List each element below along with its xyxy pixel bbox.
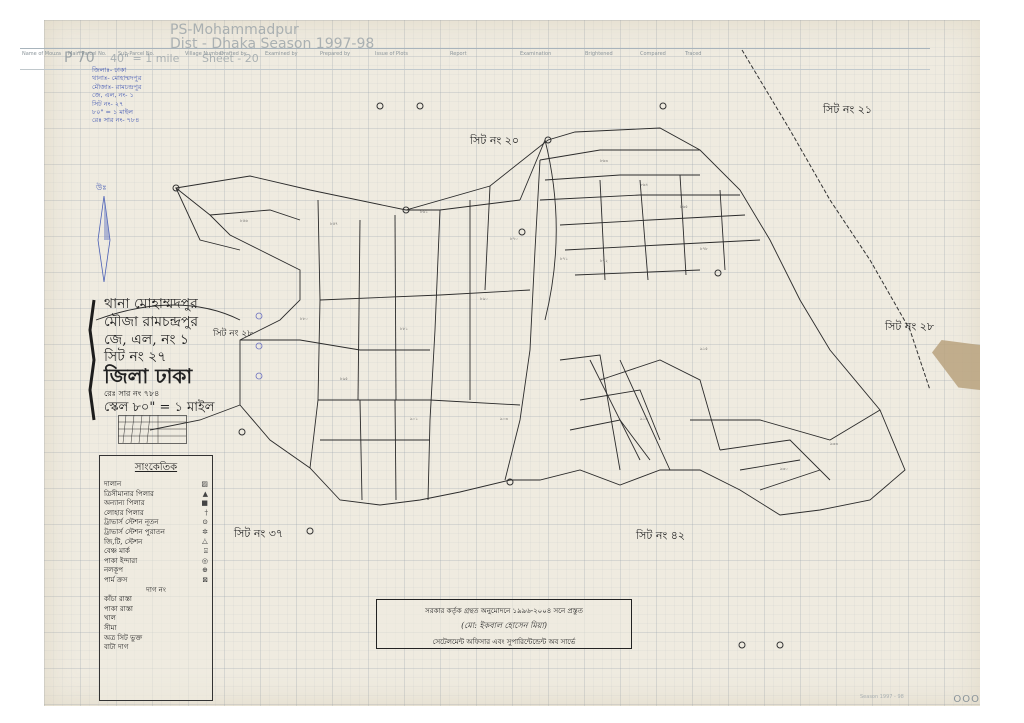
legend-item: দালান▨ [100,480,212,490]
svg-text:৯১০: ৯১০ [600,376,608,381]
legend-label: দালান [104,480,121,490]
legend-label: অন্যান্য পিলার [104,499,145,509]
legend-label: সীমা [104,624,117,634]
legend-label: খাল [104,614,116,624]
legend-item: ট্রাভার্স স্টেশন নূতন⊙ [100,518,212,528]
gt-station-icon: ⧊ [202,538,208,548]
legend-label: পাকা রাস্তা [104,605,133,615]
tri-junction-pillar-icon: ▲ [203,490,208,500]
legend-item: বাটা দাগ [100,643,212,653]
legend-item: জি,টি, স্টেশন⧊ [100,538,212,548]
svg-text:৮৬৫: ৮৬৫ [680,204,688,209]
legend-label: ট্রাভার্স স্টেশন পুরাতন [104,528,165,538]
legend-label: কাঁচা রাস্তা [104,595,132,605]
perm-cross-icon: ⊠ [202,576,208,586]
svg-text:৮৭২: ৮৭২ [600,258,608,263]
north-label: উঃ [96,182,107,195]
svg-text:৮৮০: ৮৮০ [300,316,308,321]
svg-text:৮৫৭: ৮৫৭ [330,221,338,226]
legend-dag-label: দাগ নং [100,586,212,596]
footer-stamp: OOO [953,694,980,705]
legend-item: ত্রিসীমানার পিলার▲ [100,490,212,500]
svg-text:৮৫৬: ৮৫৬ [240,218,248,223]
adjacent-sheet-top-right: সিট নং ২১ [823,101,872,120]
certificate-line3: সেটেলমেন্ট অফিসার এবং সুপারিন্টেন্ডেন্ট … [377,636,631,648]
legend-label: অত্র সিট ভুক্ত [104,634,142,644]
legend-label: নলকূপ [104,566,123,576]
legend-item: অন্যান্য পিলার■ [100,499,212,509]
legend-item: খাল [100,614,212,624]
legend-label: ট্রাভার্স স্টেশন নূতন [104,518,158,528]
north-arrow-icon [98,196,110,282]
svg-text:৮৯০: ৮৯০ [480,296,488,301]
other-pillar-icon: ■ [201,499,208,509]
certificate-signature: (মো: ইকবাল হোসেন মিয়া) [377,620,631,633]
certificate-box: সরকার কর্তৃক গ্রন্থত অনুমোদনে ১৯৯৬-২০০৪ … [376,599,632,649]
svg-text:৮৮১: ৮৮১ [400,326,408,331]
svg-text:৯৩৩: ৯৩৩ [830,441,838,446]
svg-text:৯৩০: ৯৩০ [780,466,788,471]
adjacent-sheet-top: সিট নং ২০ [470,132,519,151]
footer-pencil: Season 1997 - 98 [860,694,904,700]
legend-label: বেঞ্চ মার্ক [104,547,130,557]
legend-label: লোহার পিলার [104,509,144,519]
svg-text:৮৭০: ৮৭০ [510,236,518,241]
svg-text:৮৬৩: ৮৬৩ [600,158,608,163]
legend-label: জি,টি, স্টেশন [104,538,142,548]
iron-pillar-icon: † [205,509,209,519]
svg-text:৮৭৮: ৮৭৮ [700,246,708,251]
legend-label: পাকা ইন্দারা [104,557,137,567]
legend-label: পার্ম ক্রস [104,576,127,586]
adjacent-sheet-left: সিট নং ২৮ [213,326,253,341]
legend-item: পাকা ইন্দারা◎ [100,557,212,567]
svg-text:৮৯৫: ৮৯৫ [340,376,348,381]
certificate-line1: সরকার কর্তৃক গ্রন্থত অনুমোদনে ১৯৯৬-২০০৪ … [377,605,631,617]
adjacent-sheet-bottom-right: সিট নং ৪২ [636,527,685,546]
legend-item: লোহার পিলার† [100,509,212,519]
legend-item: ট্রাভার্স স্টেশন পুরাতন✲ [100,528,212,538]
legend-item: কাঁচা রাস্তা [100,595,212,605]
legend-item: নলকূপ⊕ [100,566,212,576]
scale-grid [118,415,188,445]
svg-text:৮৭১: ৮৭১ [560,256,568,261]
legend-item: পার্ম ক্রস⊠ [100,576,212,586]
legend-item: বেঞ্চ মার্ক⍓ [100,547,212,557]
legend-item: সীমা [100,624,212,634]
legend-item: অত্র সিট ভুক্ত [100,634,212,644]
traverse-station-new-icon: ⊙ [202,518,208,528]
adjacent-sheet-right: সিট নং ২৮ [885,318,934,337]
svg-text:৮৬১: ৮৬১ [420,209,428,214]
svg-text:৯০৩: ৯০৩ [500,416,508,421]
legend-item: পাকা রাস্তা [100,605,212,615]
svg-text:৯০১: ৯০১ [410,416,418,421]
building-icon: ▨ [201,480,208,490]
svg-text:৮৬৪: ৮৬৪ [640,182,648,187]
legend-label: ত্রিসীমানার পিলার [104,490,154,500]
traverse-station-old-icon: ✲ [202,528,208,538]
tubewell-icon: ⊕ [202,566,208,576]
adjacent-sheet-bottom-left: সিট নং ৩৭ [234,525,283,544]
legend-title: সাংকেতিক [100,460,212,477]
svg-text:৯১৩: ৯১৩ [640,416,648,421]
svg-text:৯১৫: ৯১৫ [700,346,708,351]
bench-mark-icon: ⍓ [204,547,208,557]
pucca-well-icon: ◎ [202,557,208,567]
legend-label: বাটা দাগ [104,643,128,653]
legend-box: সাংকেতিক দালান▨ ত্রিসীমানার পিলার▲ অন্যা… [99,455,213,701]
